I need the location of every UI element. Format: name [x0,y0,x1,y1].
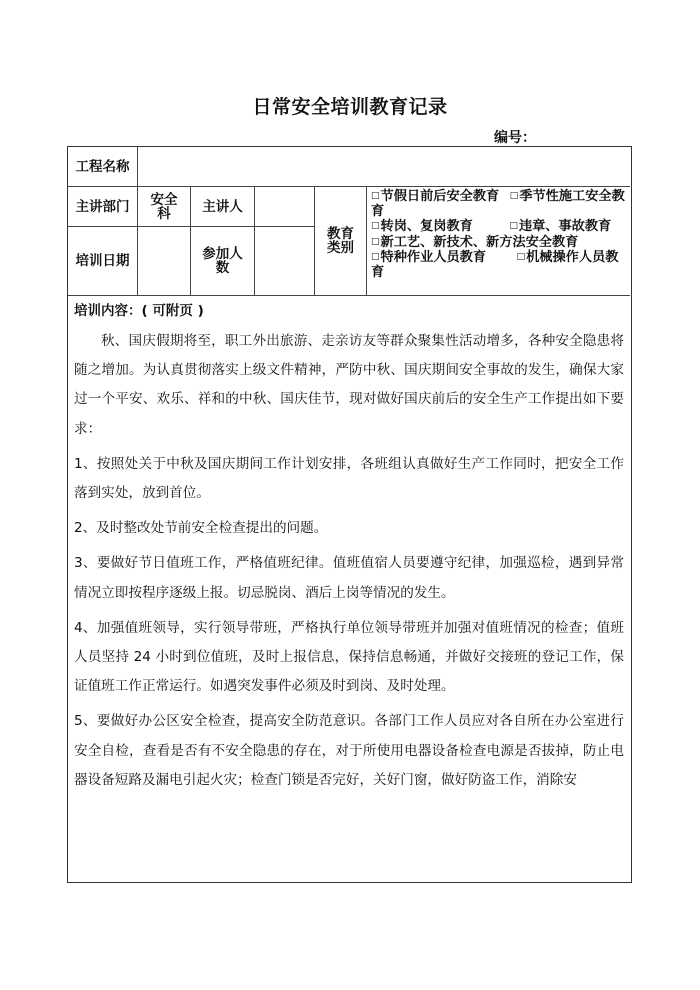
checkbox-icon[interactable]: □ [517,252,526,262]
requirement-item-1: 1、按照处关于中秋及国庆期间工作计划安排，各班组认真做好生产工作同时，把安全工作… [74,450,624,508]
attendees-label: 参加人数 [191,227,255,296]
date-label: 培训日期 [68,227,138,296]
requirement-item-2: 2、及时整改处节前安全检查提出的问题。 [74,514,624,543]
category-option-violation[interactable]: □违章、事故教育 [509,219,611,234]
category-option-label: 转岗、复岗教育 [381,219,473,234]
training-content-section: 培训内容：( 可附页 ) 秋、国庆假期将至，职工外出旅游、走亲访友等群众聚集性活… [68,296,630,795]
checkbox-icon[interactable]: □ [509,221,518,231]
category-row-1: □节假日前后安全教育 □季节性施工安全教育 [371,189,628,219]
date-field[interactable] [138,227,191,296]
category-option-label: 新工艺、新技术、新方法安全教育 [381,235,579,250]
dept-value-field[interactable]: 安全科 [138,187,191,227]
checkbox-icon[interactable]: □ [371,252,380,262]
category-label-text: 教育类别 [326,227,356,255]
training-content-heading: 培训内容：( 可附页 ) [74,300,624,322]
attendees-field[interactable] [255,227,315,296]
attendees-label-text: 参加人数 [201,247,245,275]
intro-paragraph: 秋、国庆假期将至，职工外出旅游、走亲访友等群众聚集性活动增多，各种安全隐患将随之… [74,327,624,444]
lecturer-label-text: 主讲人 [202,200,243,214]
requirement-item-5: 5、要做好办公区安全检查，提高安全防范意识。各部门工作人员应对各自所在办公室进行… [74,707,624,795]
category-option-holiday[interactable]: □节假日前后安全教育 [371,189,499,204]
dept-label-text: 主讲部门 [76,200,130,214]
category-option-special-ops[interactable]: □特种作业人员教育 [371,250,486,265]
category-row-4: □特种作业人员教育 □机械操作人员教育 [371,250,628,280]
category-option-label: 节假日前后安全教育 [381,189,500,204]
checkbox-icon[interactable]: □ [371,237,380,247]
category-label: 教育类别 [315,187,367,296]
checkbox-icon[interactable]: □ [371,221,380,231]
category-option-label: 特种作业人员教育 [381,250,487,265]
serial-number-label: 编号： [494,127,536,147]
checkbox-icon[interactable]: □ [510,191,519,201]
dept-label: 主讲部门 [68,187,138,227]
category-option-label: 违章、事故教育 [519,219,611,234]
training-record-table: 工程名称 主讲部门 安全科 主讲人 教育类别 培训日期 参加人数 □节假日前后安… [67,146,632,883]
requirement-item-4: 4、加强值班领导，实行领导带班，严格执行单位领导带班并加强对值班情况的检查；值班… [74,614,624,702]
date-label-text: 培训日期 [76,254,130,268]
document-title: 日常安全培训教育记录 [0,92,700,119]
category-row-2: □转岗、复岗教育 □违章、事故教育 [371,219,628,235]
project-name-field[interactable] [138,147,630,187]
checkbox-icon[interactable]: □ [371,191,380,201]
dept-value: 安全科 [149,193,179,221]
category-row-3: □新工艺、新技术、新方法安全教育 [371,235,628,251]
requirement-item-3: 3、要做好节日值班工作，严格值班纪律。值班值宿人员要遵守纪律，加强巡检，遇到异常… [74,549,624,607]
category-option-new-tech[interactable]: □新工艺、新技术、新方法安全教育 [371,235,578,250]
category-option-transfer[interactable]: □转岗、复岗教育 [371,219,473,234]
education-category-checklist: □节假日前后安全教育 □季节性施工安全教育 □转岗、复岗教育 □违章、事故教育 … [367,187,630,296]
project-name-label: 工程名称 [68,147,138,187]
lecturer-label: 主讲人 [191,187,255,227]
lecturer-field[interactable] [255,187,315,227]
project-name-label-text: 工程名称 [76,160,130,174]
